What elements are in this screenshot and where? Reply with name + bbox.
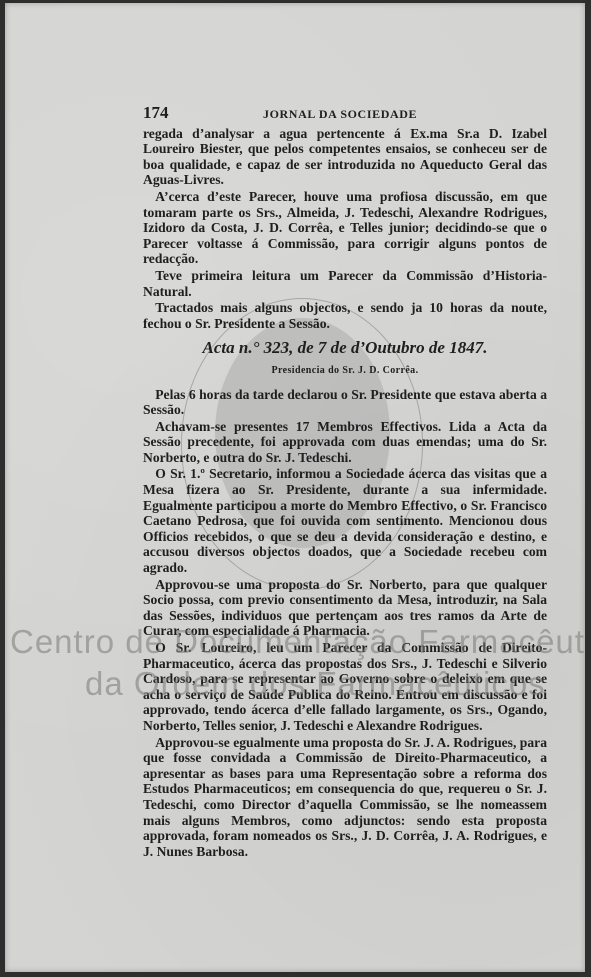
scan-frame: 174 JORNAL DA SOCIEDADE regada d’analysa… [0,0,591,977]
paragraph: Teve primeira leitura um Parecer da Comm… [143,268,547,299]
paragraph: O Sr. Loureiro, leu um Parecer da Commis… [143,640,547,734]
acta-heading: Acta n.° 323, de 7 de d’Outubro de 1847. [143,340,547,356]
paragraph: Pelas 6 horas da tarde declarou o Sr. Pr… [143,387,547,418]
scanned-page: 174 JORNAL DA SOCIEDADE regada d’analysa… [5,3,585,972]
paragraph: Approvou-se egualmente uma proposta do S… [143,735,547,860]
paragraph: Tractados mais alguns objectos, e sendo … [143,300,547,331]
page-number: 174 [143,105,243,121]
journal-title: JORNAL DA SOCIEDADE [263,107,417,123]
paragraph: Achavam-se presentes 17 Membros Effectiv… [143,419,547,466]
presidencia-subheading: Presidencia do Sr. J. D. Corrêa. [143,363,547,379]
page-text-block: 174 JORNAL DA SOCIEDADE regada d’analysa… [143,105,547,859]
paragraph: A’cerca d’este Parecer, houve uma profio… [143,189,547,267]
paragraph: O Sr. 1.º Secretario, informou a Socieda… [143,466,547,575]
paragraph: regada d’analysar a agua pertencente á E… [143,126,547,188]
paragraph: Approvou-se uma proposta do Sr. Norberto… [143,577,547,639]
running-head: 174 JORNAL DA SOCIEDADE [143,105,547,123]
